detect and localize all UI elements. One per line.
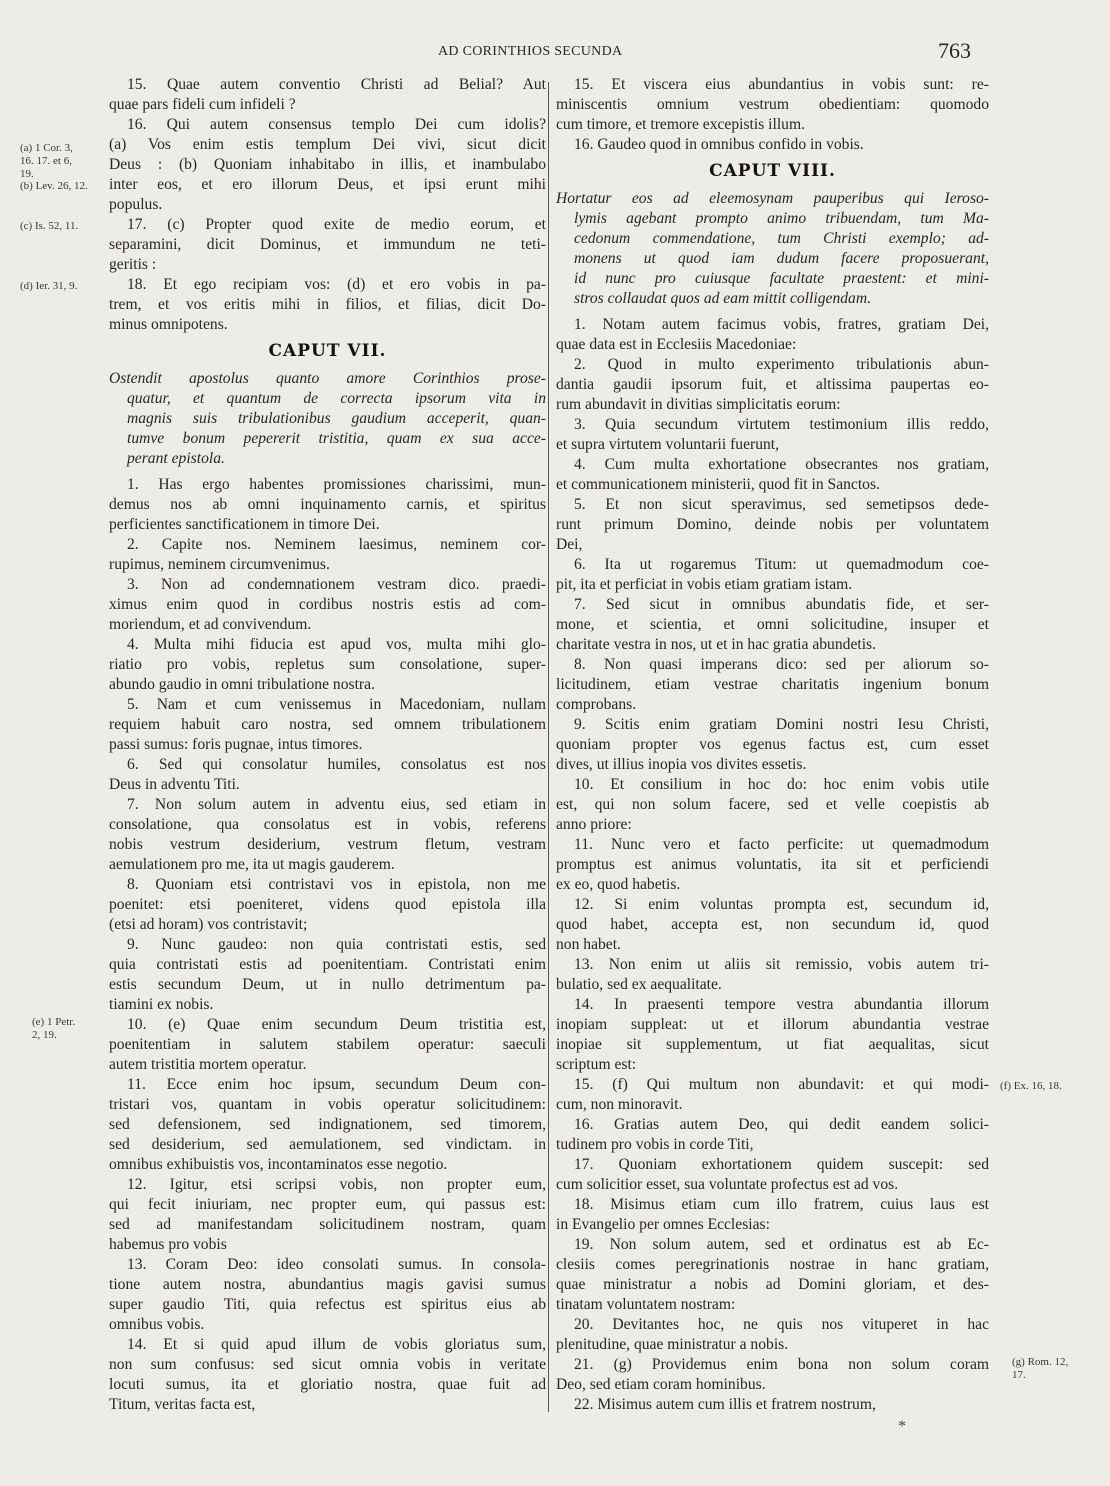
text-line: 6. Ita ut rogaremus Titum: ut quemadmodu… <box>556 555 989 575</box>
text-line: 2. Quod in multo experimento tribulation… <box>556 355 989 375</box>
text-line: clesiis comes peregrinationis nostrae in… <box>556 1255 989 1275</box>
margin-note-d: (d) Ier. 31, 9. <box>20 280 77 293</box>
argument-line: lymis agebant prompto animo tribuendam, … <box>574 209 989 229</box>
text-line: charitate vestra in nos, ut et in hac gr… <box>556 635 989 655</box>
text-line: 12. Si enim voluntas prompta est, secund… <box>556 895 989 915</box>
text-line: poenitentiam in salutem stabilem operatu… <box>109 1035 546 1055</box>
text-line: 16. Qui autem consensus templo Dei cum i… <box>109 115 546 135</box>
argument-line: monens ut quod iam dudum facere proposue… <box>574 249 989 269</box>
text-line: Dei, <box>556 535 989 555</box>
text-line: 1. Notam autem facimus vobis, fratres, g… <box>556 315 989 335</box>
text-line: 18. Misimus etiam cum illo fratrem, cuiu… <box>556 1195 989 1215</box>
text-line: 17. (c) Propter quod exite de medio eoru… <box>109 215 546 235</box>
argument-line: quatur, et quantum de correcta ipsorum v… <box>127 389 546 409</box>
text-line: inter eos, et ero illorum Deus, et ipsi … <box>109 175 546 195</box>
text-line: 22. Misimus autem cum illis et fratrem n… <box>556 1395 989 1415</box>
text-line: autem tristitia mortem operatur. <box>109 1055 546 1075</box>
text-line: omnibus exhibuistis vos, incontaminatos … <box>109 1155 546 1175</box>
text-line: cum timore, et tremore excepistis illum. <box>556 115 989 135</box>
text-line: tione autem nostra, abundantius magis ga… <box>109 1275 546 1295</box>
text-line: cum, non minoravit. <box>556 1095 989 1115</box>
text-line: tudinem pro vobis in corde Titi, <box>556 1135 989 1155</box>
text-line: quia contristati estis ad poenitentiam. … <box>109 955 546 975</box>
text-line: demus nos ab omni inquinamento carnis, e… <box>109 495 546 515</box>
text-line: 15. Et viscera eius abundantius in vobis… <box>556 75 989 95</box>
text-line: 4. Multa mihi fiducia est apud vos, mult… <box>109 635 546 655</box>
text-line: et supra virtutem voluntarii fuerunt, <box>556 435 989 455</box>
column-divider <box>548 82 549 1412</box>
text-line: 9. Nunc gaudeo: non quia contristati est… <box>109 935 546 955</box>
text-line: Deo, sed etiam coram hominibus. <box>556 1375 989 1395</box>
margin-note-c: (c) Is. 52, 11. <box>20 220 78 233</box>
text-line: 8. Quoniam etsi contristavi vos in epist… <box>109 875 546 895</box>
text-line: 10. Et consilium in hoc do: hoc enim vob… <box>556 775 989 795</box>
text-line: ximus enim quod in cordibus nostris esti… <box>109 595 546 615</box>
book-page: AD CORINTHIOS SECUNDA 763 (a) 1 Cor. 3, … <box>0 0 1110 1486</box>
caput-viii-heading: CAPUT VIII. <box>556 161 989 181</box>
argument-line: Ostendit apostolus quanto amore Corinthi… <box>109 369 546 389</box>
text-line: 14. Et si quid apud illum de vobis glori… <box>109 1335 546 1355</box>
text-line: 20. Devitantes hoc, ne quis nos vitupere… <box>556 1315 989 1335</box>
text-line: rupimus, neminem circumvenimus. <box>109 555 546 575</box>
text-line: inopiam suppleat: ut et illorum abundant… <box>556 1015 989 1035</box>
text-line: promptus est animus voluntatis, ita sit … <box>556 855 989 875</box>
argument-line: Hortatur eos ad eleemosynam pauperibus q… <box>556 189 989 209</box>
caput-vii-argument: Ostendit apostolus quanto amore Corinthi… <box>109 369 546 469</box>
text-line: 13. Non enim ut aliis sit remissio, vobi… <box>556 955 989 975</box>
text-line: qui fecit iniuriam, nec propter eum, qui… <box>109 1195 546 1215</box>
text-line: quae pars fideli cum infideli ? <box>109 95 546 115</box>
text-line: dives, ut illius inopia vos divites esse… <box>556 755 989 775</box>
text-line: in Evangelio per omnes Ecclesias: <box>556 1215 989 1235</box>
text-line: quae data est in Ecclesiis Macedoniae: <box>556 335 989 355</box>
text-line: 8. Non quasi imperans dico: sed per alio… <box>556 655 989 675</box>
text-line: 7. Sed sicut in omnibus abundatis fide, … <box>556 595 989 615</box>
caput-viii-argument: Hortatur eos ad eleemosynam pauperibus q… <box>556 189 989 309</box>
text-line: 18. Et ego recipiam vos: (d) et ero vobi… <box>109 275 546 295</box>
left-text-after-caput: 1. Has ergo habentes promissiones charis… <box>109 475 546 1415</box>
text-line: 6. Sed qui consolatur humiles, consolatu… <box>109 755 546 775</box>
left-text-before-caput: 15. Quae autem conventio Christi ad Beli… <box>109 75 546 335</box>
text-line: Deus in adventu Titi. <box>109 775 546 795</box>
argument-line: id nunc pro cuiusque facultate praestent… <box>574 269 989 289</box>
margin-note-b: (b) Lev. 26, 12. <box>20 180 88 193</box>
right-text-before-caput: 15. Et viscera eius abundantius in vobis… <box>556 75 989 155</box>
text-line: geritis : <box>109 255 546 275</box>
margin-note-a: (a) 1 Cor. 3, 16. 17. et 6, 19. <box>20 142 73 181</box>
text-line: 4. Cum multa exhortatione obsecrantes no… <box>556 455 989 475</box>
argument-line: cedonum commendatione, tum Christi exemp… <box>574 229 989 249</box>
text-line: perficientes sanctificationem in timore … <box>109 515 546 535</box>
text-line: super gaudio Titi, quia refectus est spi… <box>109 1295 546 1315</box>
signature-mark: * <box>898 1418 906 1436</box>
text-line: quod habet, accepta est, non secundum id… <box>556 915 989 935</box>
running-head: AD CORINTHIOS SECUNDA <box>438 44 622 60</box>
text-line: plenitudine, quae ministratur a nobis. <box>556 1335 989 1355</box>
text-line: non sum confusus: sed sicut omnia vobis … <box>109 1355 546 1375</box>
text-line: omnibus vobis. <box>109 1315 546 1335</box>
text-line: 15. (f) Qui multum non abundavit: et qui… <box>556 1075 989 1095</box>
text-line: requiem habuit caro nostra, sed omnem tr… <box>109 715 546 735</box>
text-line: 15. Quae autem conventio Christi ad Beli… <box>109 75 546 95</box>
text-line: non habet. <box>556 935 989 955</box>
text-line: 3. Quia secundum virtutem testimonium il… <box>556 415 989 435</box>
margin-note-f: (f) Ex. 16, 18. <box>1000 1080 1062 1093</box>
text-line: trem, et vos eritis mihi in filios, et f… <box>109 295 546 315</box>
text-line: cum solicitior esset, sua voluntate prof… <box>556 1175 989 1195</box>
text-line: 12. Igitur, etsi scripsi vobis, non prop… <box>109 1175 546 1195</box>
text-line: moriendum, et ad convivendum. <box>109 615 546 635</box>
right-column: 15. Et viscera eius abundantius in vobis… <box>556 75 989 1415</box>
margin-note-e: (e) 1 Petr. 2, 19. <box>32 1016 75 1042</box>
text-line: bulatio, sed ex aequalitate. <box>556 975 989 995</box>
text-line: abundo gaudio in omni tribulatione nostr… <box>109 675 546 695</box>
text-line: 5. Nam et cum venissemus in Macedoniam, … <box>109 695 546 715</box>
text-line: 1. Has ergo habentes promissiones charis… <box>109 475 546 495</box>
text-line: 17. Quoniam exhortationem quidem suscepi… <box>556 1155 989 1175</box>
text-line: sed desiderium, sed aemulationem, sed vi… <box>109 1135 546 1155</box>
text-line: miniscentis omnium vestrum obedientiam: … <box>556 95 989 115</box>
text-line: Titum, veritas facta est, <box>109 1395 546 1415</box>
text-line: passi sumus: foris pugnae, intus timores… <box>109 735 546 755</box>
text-line: pit, ita et perficiat in vobis etiam gra… <box>556 575 989 595</box>
text-line: 19. Non solum autem, sed et ordinatus es… <box>556 1235 989 1255</box>
argument-line: stros collaudat quos ad eam mittit colli… <box>574 289 989 309</box>
text-line: inopiae sit supplementum, ut fiat aequal… <box>556 1035 989 1055</box>
text-line: consolatione, qua consolatus est in vobi… <box>109 815 546 835</box>
text-line: habemus pro vobis <box>109 1235 546 1255</box>
text-line: tiamini ex nobis. <box>109 995 546 1015</box>
text-line: 5. Et non sicut speravimus, sed semetips… <box>556 495 989 515</box>
text-line: estis secundum Deum, ut in nullo detrime… <box>109 975 546 995</box>
text-line: aemulationem pro me, ita ut magis gauder… <box>109 855 546 875</box>
text-line: Deus : (b) Quoniam inhabitabo in illis, … <box>109 155 546 175</box>
text-line: rum abundavit in divitias simplicitatis … <box>556 395 989 415</box>
caput-vii-heading: CAPUT VII. <box>109 341 546 361</box>
text-line: separamini, dicit Dominus, et immundum n… <box>109 235 546 255</box>
text-line: populus. <box>109 195 546 215</box>
text-line: 2. Capite nos. Neminem laesimus, neminem… <box>109 535 546 555</box>
right-text-after-caput: 1. Notam autem facimus vobis, fratres, g… <box>556 315 989 1415</box>
text-line: 16. Gratias autem Deo, qui dedit eandem … <box>556 1115 989 1135</box>
page-number: 763 <box>938 38 971 64</box>
text-line: comprobans. <box>556 695 989 715</box>
text-line: 11. Nunc vero et facto perficite: ut que… <box>556 835 989 855</box>
text-line: (a) Vos enim estis templum Dei vivi, sic… <box>109 135 546 155</box>
text-line: tristari vos, quantam in vobis operatur … <box>109 1095 546 1115</box>
text-line: 13. Coram Deo: ideo consolati sumus. In … <box>109 1255 546 1275</box>
text-line: 11. Ecce enim hoc ipsum, secundum Deum c… <box>109 1075 546 1095</box>
text-line: quae ministratur a nobis ad Domini glori… <box>556 1275 989 1295</box>
text-line: riatio pro vobis, repletus sum consolati… <box>109 655 546 675</box>
margin-note-g: (g) Rom. 12, 17. <box>1012 1356 1068 1382</box>
text-line: nobis vestrum desiderium, vestrum fletum… <box>109 835 546 855</box>
text-line: mone, et scientia, et omni solicitudine,… <box>556 615 989 635</box>
text-line: 9. Scitis enim gratiam Domini nostri Ies… <box>556 715 989 735</box>
text-line: scriptum est: <box>556 1055 989 1075</box>
text-line: dantia gaudii ipsorum fuit, et altissima… <box>556 375 989 395</box>
text-line: 7. Non solum autem in adventu eius, sed … <box>109 795 546 815</box>
text-line: ex eo, quod habetis. <box>556 875 989 895</box>
text-line: 14. In praesenti tempore vestra abundant… <box>556 995 989 1015</box>
text-line: runt primum Domino, deinde nobis per vol… <box>556 515 989 535</box>
argument-line: magnis suis tribulationibus gaudium acce… <box>127 409 546 429</box>
text-line: locuti sumus, ita et gloriatio nostra, q… <box>109 1375 546 1395</box>
text-line: sed ad manifestandam solicitudinem nostr… <box>109 1215 546 1235</box>
text-line: tinatam voluntatem nostram: <box>556 1295 989 1315</box>
text-line: 10. (e) Quae enim secundum Deum tristiti… <box>109 1015 546 1035</box>
text-line: 16. Gaudeo quod in omnibus confido in vo… <box>556 135 989 155</box>
text-line: sed defensionem, sed indignationem, sed … <box>109 1115 546 1135</box>
text-line: est, qui non solum facere, sed et velle … <box>556 795 989 815</box>
text-line: minus omnipotens. <box>109 315 546 335</box>
left-column: 15. Quae autem conventio Christi ad Beli… <box>109 75 546 1415</box>
text-line: (etsi ad horam) vos contristavit; <box>109 915 546 935</box>
text-line: 21. (g) Providemus enim bona non solum c… <box>556 1355 989 1375</box>
argument-line: perant epistola. <box>127 449 546 469</box>
text-line: poenitet: etsi poeniteret, videns quod e… <box>109 895 546 915</box>
text-line: et communicationem ministerii, quod fit … <box>556 475 989 495</box>
text-line: 3. Non ad condemnationem vestram dico. p… <box>109 575 546 595</box>
text-line: anno priore: <box>556 815 989 835</box>
text-line: licitudinem, etiam vestrae charitatis in… <box>556 675 989 695</box>
text-line: quoniam propter vos egenus factus est, c… <box>556 735 989 755</box>
argument-line: tumve bonum pepererit tristitia, quam ex… <box>127 429 546 449</box>
